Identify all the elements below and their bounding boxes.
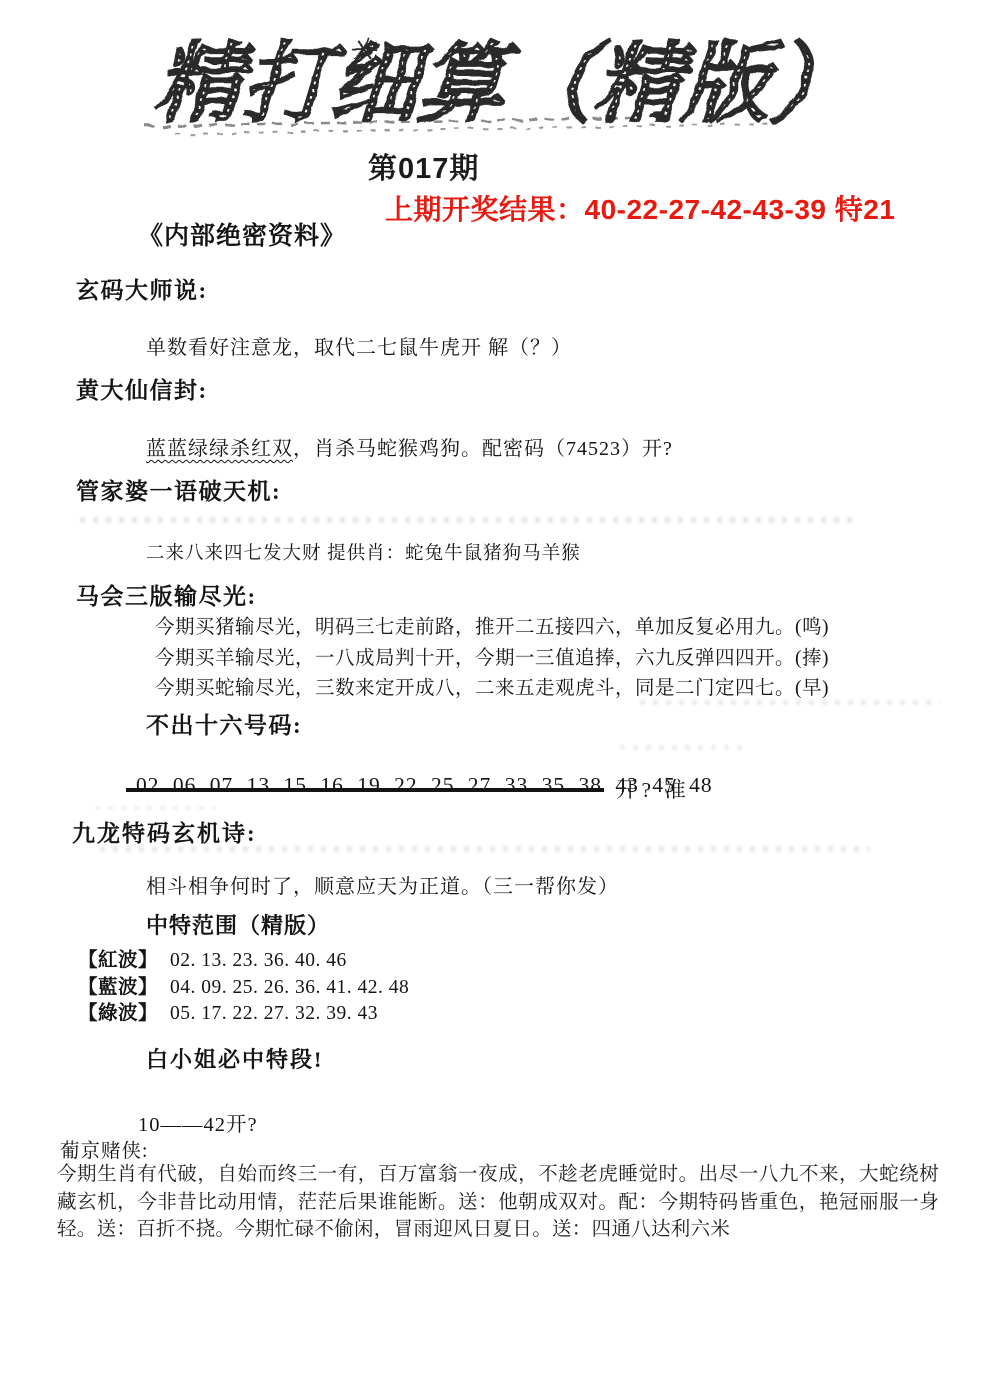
masthead-logo-art: 精打细算（精版） ✳: [135, 14, 815, 149]
tip-line-huangdaxian-underlined: 蓝蓝绿绿杀红双: [146, 438, 293, 460]
scan-artifact: [95, 806, 215, 810]
wave-numbers-green: 05. 17. 22. 27. 32. 39. 43: [170, 1001, 378, 1028]
tip-line-xuanma: 单数看好注意龙，取代二七鼠牛虎开 解（？）: [146, 331, 572, 360]
last-draw-result: 上期开奖结果：40-22-27-42-43-39 特21: [385, 188, 895, 228]
mahui-verse-line: 今期买猪输尽光，明码三七走前路，推开二五接四六，单加反复必用九。(鸣): [155, 613, 829, 644]
scan-artifact: [80, 517, 860, 523]
mahui-verse-line: 今期买羊输尽光，一八成局判十开，今期一三值追捧，六九反弹四四开。(捧): [155, 644, 829, 675]
wave-label-blue: 【藍波】: [78, 975, 158, 1002]
tip-line-huangdaxian-rest: ，肖杀马蛇猴鸡狗。配密码（74523）开?: [293, 438, 673, 460]
lottery-tip-sheet-page: 精打细算（精版） ✳ 第017期 上期开奖结果：40-22-27-42-43-3…: [0, 0, 981, 1388]
pujing-paragraph: 今期生肖有代破，自始而终三一有，百万富翁一夜成，不趁老虎睡觉时。出尽一八九不来，…: [57, 1161, 939, 1244]
strikethrough-line: [126, 788, 604, 792]
section-heading-baixiaojie: 白小姐必中特段!: [146, 1043, 323, 1074]
masthead-logo: 精打细算（精版） ✳: [135, 14, 815, 149]
scan-artifact: [640, 700, 940, 705]
wave-color-list: 【紅波】 02. 13. 23. 36. 40. 46 【藍波】 04. 09.…: [78, 948, 409, 1028]
issue-number: 第017期: [368, 146, 479, 187]
logo-text: 精打细算（精版）: [146, 35, 815, 134]
wave-label-green: 【綠波】: [78, 1001, 158, 1028]
wave-row-green: 【綠波】 05. 17. 22. 27. 32. 39. 43: [78, 1001, 409, 1028]
wave-row-red: 【紅波】 02. 13. 23. 36. 40. 46: [78, 948, 409, 975]
section-heading-buchu: 不出十六号码:: [146, 707, 302, 740]
section-heading-jiulong: 九龙特码玄机诗:: [72, 815, 257, 848]
tip-line-huangdaxian: 蓝蓝绿绿杀红双，肖杀马蛇猴鸡狗。配密码（74523）开?: [146, 432, 673, 461]
tip-line-jiulong: 相斗相争何时了，顺意应天为正道。（三一帮你发）: [146, 870, 619, 899]
excluded-numbers-suffix: 开? 准: [616, 773, 690, 804]
section-heading-zhongte: 中特范围（精版）: [146, 909, 330, 940]
scan-artifact: [620, 745, 750, 750]
wave-numbers-red: 02. 13. 23. 36. 40. 46: [170, 948, 347, 975]
section-heading-mahui: 马会三版输尽光:: [76, 578, 257, 611]
mahui-verse-list: 今期买猪输尽光，明码三七走前路，推开二五接四六，单加反复必用九。(鸣) 今期买羊…: [155, 613, 829, 705]
section-heading-guanjiapo: 管家婆一语破天机:: [76, 473, 281, 506]
section-heading-huangdaxian: 黄大仙信封:: [76, 372, 208, 405]
tip-line-guanjiapo: 二来八来四七发大财 提供肖：蛇兔牛鼠猪狗马羊猴: [146, 539, 581, 565]
section-heading-xuanma-master: 玄码大师说:: [76, 272, 208, 305]
wave-label-red: 【紅波】: [78, 948, 158, 975]
doc-title: 《内部绝密资料》: [138, 216, 346, 252]
wave-row-blue: 【藍波】 04. 09. 25. 26. 36. 41. 42. 48: [78, 975, 409, 1002]
section-heading-pujing: 葡京赌侠:: [60, 1135, 148, 1163]
tip-line-baixiaojie: 10——42开?: [138, 1107, 258, 1137]
wave-numbers-blue: 04. 09. 25. 26. 36. 41. 42. 48: [170, 975, 409, 1002]
scan-artifact: [100, 846, 870, 852]
